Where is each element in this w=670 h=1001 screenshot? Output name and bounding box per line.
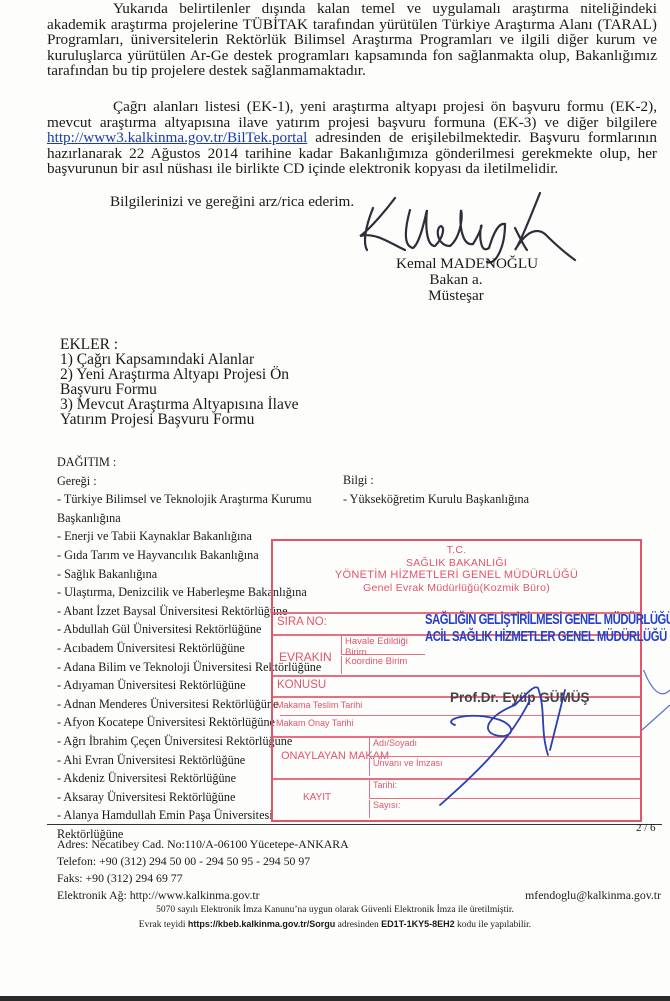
bilgi-list: Bilgi : - Yükseköğretim Kurulu Başkanlığ… — [343, 471, 529, 508]
stamp-sira-label: SIRA NO: — [277, 616, 327, 628]
footer-address: Adres: Necatibey Cad. No:110/A-06100 Yüc… — [57, 836, 661, 853]
bilgi-label: Bilgi : — [343, 471, 529, 490]
stamp-header-line: Genel Evrak Müdürlüğü(Kozmik Büro) — [273, 582, 640, 595]
paragraph-1: Yukarıda belirtilenler dışında kalan tem… — [47, 1, 657, 79]
footer-phone: Telefon: +90 (312) 294 50 00 - 294 50 95… — [57, 853, 661, 870]
gereği-label: Gereği : — [57, 472, 321, 491]
stamp-konusu-label: KONUSU — [277, 679, 326, 691]
stamp-evrakin-label: EVRAKIN — [279, 650, 332, 664]
attachment-item: 2) Yeni Araştırma Altyapı Projesi Ön — [60, 367, 298, 382]
stamp-kayit-label: KAYIT — [303, 792, 331, 803]
stamp-sayisi-label: Sayısı: — [373, 800, 401, 810]
verification-suffix: kodu ile yapılabilir. — [457, 920, 531, 930]
signatory-title-1: Bakan a. — [396, 272, 516, 288]
stamp-adi-label: Adı/Soyadı — [373, 738, 417, 748]
scan-bottom-edge — [0, 996, 670, 1001]
attachment-item: 1) Çağrı Kapsamındaki Alanlar — [60, 352, 298, 367]
stamp-koordine-label: Koordine Birim — [345, 656, 407, 667]
distribution-heading: DAĞITIM : — [57, 453, 321, 472]
routing-stamp-line-1: SAĞLIĞIN GELİŞTİRİLMESİ GENEL MÜDÜRLÜĞÜ — [425, 612, 670, 629]
biltek-portal-link[interactable]: http://www3.kalkinma.gov.tr/BilTek.porta… — [47, 129, 307, 146]
routing-stamp: SAĞLIĞIN GELİŞTİRİLMESİ GENEL MÜDÜRLÜĞÜ … — [425, 612, 670, 646]
signatory-name: Kemal MADENOĞLU — [396, 256, 538, 272]
distribution-item: Başkanlığına — [57, 509, 321, 528]
footer-email: mfendoglu@kalkinma.gov.tr — [525, 887, 661, 904]
e-signature-notice: 5070 sayılı Elektronik İmza Kanunu’na uy… — [0, 905, 670, 915]
stamp-tarihi-label: Tarihi: — [373, 780, 397, 790]
distribution-item: - Türkiye Bilimsel ve Teknolojik Araştır… — [57, 490, 321, 509]
blue-signature-icon — [420, 670, 670, 810]
routing-stamp-line-2: ACİL SAĞLIK HİZMETLER GENEL MÜDÜRLÜĞÜ — [425, 629, 670, 646]
paragraph-2-text: Çağrı alanları listesi (EK-1), yeni araş… — [47, 98, 657, 131]
attachments-list: EKLER : 1) Çağrı Kapsamındaki Alanlar 2)… — [60, 337, 298, 427]
stamp-header-line: YÖNETİM HİZMETLERİ GENEL MÜDÜRLÜĞÜ — [273, 569, 640, 582]
bilgi-item: - Yükseköğretim Kurulu Başkanlığına — [343, 490, 529, 509]
stamp-header-line: T.C. — [273, 544, 640, 557]
stamp-header-line: SAĞLIK BAKANLIĞI — [273, 557, 640, 570]
stamp-onay-label: Makam Onay Tarihi — [273, 718, 376, 728]
signatory-block: Kemal MADENOĞLU Bakan a. Müsteşar — [396, 256, 538, 304]
attachments-heading: EKLER : — [60, 337, 298, 352]
closing-line: Bilgilerinizi ve gereğini arz/rica ederi… — [110, 193, 354, 211]
verification-url[interactable]: https://kbeb.kalkinma.gov.tr/Sorgu — [188, 919, 335, 929]
page-number: 2 / 6 — [636, 822, 656, 834]
paragraph-2: Çağrı alanları listesi (EK-1), yeni araş… — [47, 99, 657, 177]
verification-mid: adresinden — [338, 920, 379, 930]
verification-prefix: Evrak teyidi — [139, 920, 186, 930]
attachment-item: Başvuru Formu — [60, 382, 298, 397]
verification-notice: Evrak teyidi https://kbeb.kalkinma.gov.t… — [0, 919, 670, 930]
attachment-item: 3) Mevcut Araştırma Altyapısına İlave — [60, 397, 298, 412]
footer-contact: Adres: Necatibey Cad. No:110/A-06100 Yüc… — [57, 836, 661, 904]
attachment-item: Yatırım Projesi Başvuru Formu — [60, 412, 298, 427]
stamp-havale-label: Havale Edildiği Birim — [345, 636, 408, 658]
footer-fax: Faks: +90 (312) 294 69 77 — [57, 870, 661, 887]
stamp-header: T.C. SAĞLIK BAKANLIĞI YÖNETİM HİZMETLERİ… — [273, 541, 640, 594]
stamp-havale-cell: Havale Edildiği Birim — [341, 636, 425, 655]
signatory-title-2: Müsteşar — [396, 288, 516, 304]
verification-code: ED1T-1KY5-8EH2 — [381, 919, 455, 929]
paragraph-1-text: Yukarıda belirtilenler dışında kalan tem… — [47, 0, 657, 79]
footer-divider — [47, 824, 662, 825]
stamp-teslim-label: Makama Teslim Tarihi — [273, 700, 376, 710]
stamp-koordine-cell: Koordine Birim — [341, 656, 425, 674]
